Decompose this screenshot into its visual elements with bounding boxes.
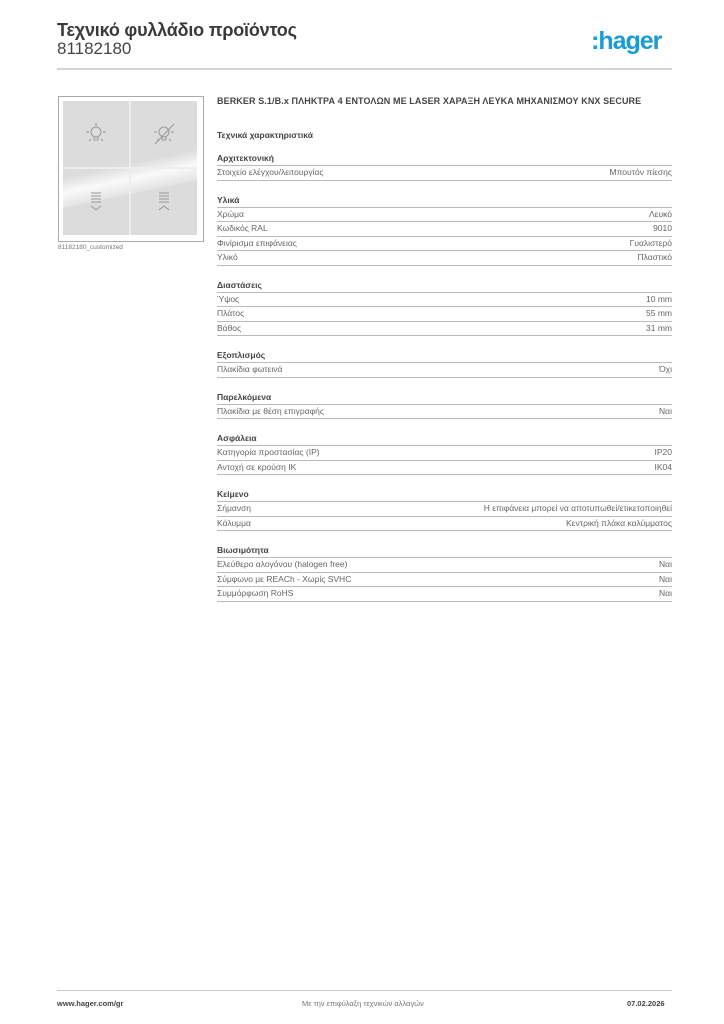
- page-title: Τεχνικό φυλλάδιο προϊόντος: [57, 20, 297, 41]
- spec-row: ΣήμανσηΗ επιφάνεια μπορεί να αποτυπωθεί/…: [217, 502, 672, 517]
- spec-value: 10 mm: [646, 293, 672, 307]
- spec-row: Συμμόρφωση RoHSΝαι: [217, 587, 672, 602]
- spec-section: ΠαρελκόμεναΠλακίδια με θέση επιγραφήςΝαι: [217, 392, 672, 420]
- blind-down-icon: [81, 187, 111, 217]
- spec-row: Ελεύθερο αλογόνου (halogen free)Ναι: [217, 558, 672, 573]
- spec-value: 55 mm: [646, 307, 672, 321]
- footer-date: 07.02.2026: [627, 999, 665, 1008]
- spec-section: ΕξοπλισμόςΠλακίδια φωτεινάΌχι: [217, 350, 672, 378]
- footer-divider: [57, 990, 672, 991]
- spec-label: Κάλυμμα: [217, 517, 251, 531]
- switch-render: [63, 101, 197, 235]
- spec-area: BERKER S.1/B.x ΠΛΗΚΤΡΑ 4 ΕΝΤΟΛΩΝ ΜΕ LASE…: [217, 96, 672, 602]
- footer-url[interactable]: www.hager.com/gr: [57, 999, 123, 1008]
- spec-section: ΚείμενοΣήμανσηΗ επιφάνεια μπορεί να αποτ…: [217, 489, 672, 531]
- light-on-icon: [81, 119, 111, 149]
- spec-label: Ελεύθερο αλογόνου (halogen free): [217, 558, 347, 572]
- section-title: Εξοπλισμός: [217, 350, 672, 363]
- product-image: [58, 96, 204, 242]
- spec-row: Βάθος31 mm: [217, 322, 672, 337]
- spec-value: Πλαστικό: [637, 251, 672, 265]
- spec-value: Η επιφάνεια μπορεί να αποτυπωθεί/ετικετο…: [484, 502, 672, 516]
- section-title: Κείμενο: [217, 489, 672, 502]
- spec-row: Ύψος10 mm: [217, 293, 672, 308]
- spec-value: Ναι: [659, 558, 672, 572]
- spec-value: Γυαλιστερό: [630, 237, 672, 251]
- spec-label: Υλικό: [217, 251, 238, 265]
- image-caption: 81182180_customized: [58, 244, 123, 251]
- spec-value: Ναι: [659, 573, 672, 587]
- section-title: Παρελκόμενα: [217, 392, 672, 405]
- spec-label: Πλακίδια με θέση επιγραφής: [217, 405, 324, 419]
- spec-row: Σύμφωνο με REACh - Χωρίς SVHCΝαι: [217, 573, 672, 588]
- header-divider: [57, 68, 672, 70]
- section-title: Αρχιτεκτονική: [217, 153, 672, 166]
- spec-value: IK04: [655, 461, 673, 475]
- spec-label: Βάθος: [217, 322, 241, 336]
- tech-heading: Τεχνικά χαρακτηριστικά: [217, 130, 672, 140]
- spec-label: Στοιχείο ελέγχου/λειτουργίας: [217, 166, 324, 180]
- spec-row: Κατηγορία προστασίας (IP)IP20: [217, 446, 672, 461]
- spec-sections: ΑρχιτεκτονικήΣτοιχείο ελέγχου/λειτουργία…: [217, 153, 672, 602]
- spec-value: Όχι: [659, 363, 672, 377]
- spec-row: ΧρώμαΛευκό: [217, 208, 672, 223]
- footer-disclaimer: Με την επιφύλαξη τεχνικών αλλαγών: [302, 999, 424, 1008]
- section-title: Διαστάσεις: [217, 280, 672, 293]
- spec-value: Μπουτόν πίεσης: [609, 166, 672, 180]
- spec-label: Κατηγορία προστασίας (IP): [217, 446, 320, 460]
- spec-label: Συμμόρφωση RoHS: [217, 587, 293, 601]
- spec-value: IP20: [655, 446, 673, 460]
- product-title: BERKER S.1/B.x ΠΛΗΚΤΡΑ 4 ΕΝΤΟΛΩΝ ΜΕ LASE…: [217, 96, 672, 106]
- spec-section: ΒιωσιμότηταΕλεύθερο αλογόνου (halogen fr…: [217, 545, 672, 602]
- spec-label: Σύμφωνο με REACh - Χωρίς SVHC: [217, 573, 351, 587]
- spec-row: ΥλικόΠλαστικό: [217, 251, 672, 266]
- spec-row: Φινίρισμα επιφάνειαςΓυαλιστερό: [217, 237, 672, 252]
- product-code: 81182180: [57, 39, 131, 59]
- spec-value: Λευκό: [649, 208, 672, 222]
- spec-row: Πλακίδια με θέση επιγραφήςΝαι: [217, 405, 672, 420]
- key-divider-horizontal: [63, 167, 197, 169]
- spec-label: Πλάτος: [217, 307, 244, 321]
- spec-section: ΑσφάλειαΚατηγορία προστασίας (IP)IP20Αντ…: [217, 433, 672, 475]
- hager-logo: :hager: [591, 27, 661, 56]
- light-off-icon: [149, 119, 179, 149]
- spec-row: Αντοχή σε κρούση IKIK04: [217, 461, 672, 476]
- spec-label: Ύψος: [217, 293, 239, 307]
- section-title: Βιωσιμότητα: [217, 545, 672, 558]
- spec-label: Αντοχή σε κρούση IK: [217, 461, 296, 475]
- spec-value: Ναι: [659, 587, 672, 601]
- section-title: Ασφάλεια: [217, 433, 672, 446]
- spec-value: 31 mm: [646, 322, 672, 336]
- section-title: Υλικά: [217, 195, 672, 208]
- spec-label: Χρώμα: [217, 208, 244, 222]
- spec-value: 9010: [653, 222, 672, 236]
- spec-label: Κωδικός RAL: [217, 222, 268, 236]
- spec-section: ΥλικάΧρώμαΛευκόΚωδικός RAL9010Φινίρισμα …: [217, 195, 672, 266]
- spec-value: Κεντρική πλάκα καλύμματος: [566, 517, 672, 531]
- spec-label: Φινίρισμα επιφάνειας: [217, 237, 297, 251]
- spec-section: ΔιαστάσειςΎψος10 mmΠλάτος55 mmΒάθος31 mm: [217, 280, 672, 337]
- spec-row: Πλακίδια φωτεινάΌχι: [217, 363, 672, 378]
- spec-row: Κωδικός RAL9010: [217, 222, 672, 237]
- spec-value: Ναι: [659, 405, 672, 419]
- spec-label: Σήμανση: [217, 502, 251, 516]
- blind-up-icon: [149, 187, 179, 217]
- spec-section: ΑρχιτεκτονικήΣτοιχείο ελέγχου/λειτουργία…: [217, 153, 672, 181]
- spec-row: ΚάλυμμαΚεντρική πλάκα καλύμματος: [217, 517, 672, 532]
- spec-row: Στοιχείο ελέγχου/λειτουργίαςΜπουτόν πίεσ…: [217, 166, 672, 181]
- spec-label: Πλακίδια φωτεινά: [217, 363, 282, 377]
- spec-row: Πλάτος55 mm: [217, 307, 672, 322]
